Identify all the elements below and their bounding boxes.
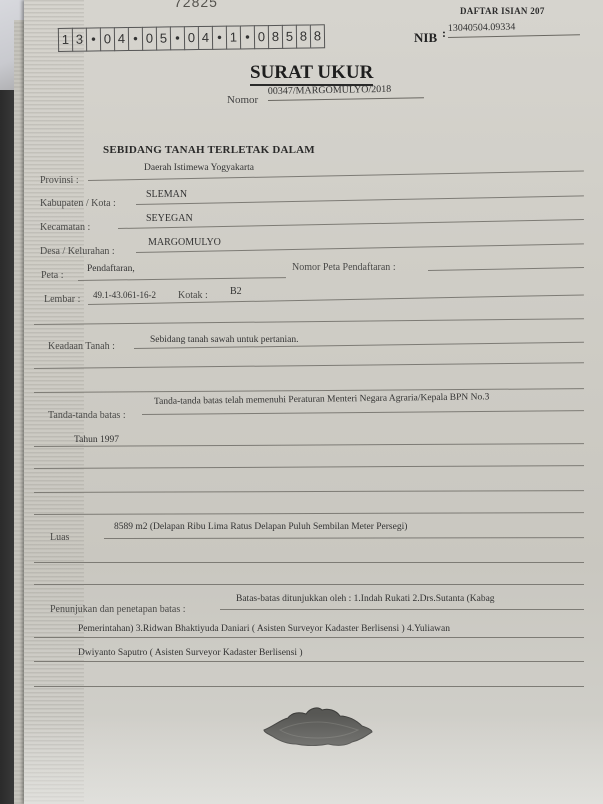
number-box: 5	[282, 25, 296, 49]
number-box: 8	[268, 25, 282, 49]
nomor-peta-label: Nomor Peta Pendaftaran :	[292, 262, 396, 273]
nib-separator: :	[442, 26, 446, 41]
blank-line	[34, 686, 584, 687]
blank-line	[34, 584, 584, 585]
number-box: •	[86, 27, 100, 51]
kecamatan-label: Kecamatan :	[40, 222, 90, 233]
number-box: 8	[296, 24, 310, 48]
number-box: 0	[254, 25, 268, 49]
kabupaten-label: Kabupaten / Kota :	[40, 198, 116, 209]
penunjukan-label: Penunjukan dan penetapan batas :	[50, 604, 186, 615]
number-box: •	[212, 26, 226, 50]
blank-line	[34, 490, 584, 493]
blank-line	[34, 362, 584, 369]
desa-value: MARGOMULYO	[148, 237, 221, 248]
nib-value: 13040504.09334	[448, 20, 580, 38]
nomor-value: 00347/MARGOMULYO/2018	[268, 83, 424, 101]
keadaan-tanah-value: Sebidang tanah sawah untuk pertanian.	[150, 335, 299, 345]
number-box: 4	[198, 26, 212, 50]
desa-label: Desa / Kelurahan :	[40, 246, 115, 257]
blank-line	[34, 661, 584, 662]
number-box: •	[240, 25, 254, 49]
blank-line	[34, 388, 584, 393]
blank-line	[34, 637, 584, 638]
penunjukan-line-2: Pemerintahan) 3.Ridwan Bhaktiyuda Daniar…	[78, 624, 450, 634]
number-box: 5	[156, 26, 170, 50]
number-box: 0	[100, 27, 114, 51]
tanda-batas-underline	[142, 410, 584, 415]
number-box: 0	[142, 27, 156, 51]
kecamatan-value: SEYEGAN	[146, 213, 193, 224]
survey-document-page: 72825 DAFTAR ISIAN 207 13•04•05•04•1•085…	[24, 0, 603, 804]
tanda-batas-line-2: Tahun 1997	[74, 435, 119, 445]
nomor-peta-underline	[428, 267, 584, 271]
parcel-number-boxes: 13•04•05•04•1•08588	[58, 24, 325, 52]
number-box: 0	[184, 26, 198, 50]
kotak-label: Kotak :	[178, 290, 208, 301]
luas-label: Luas	[50, 532, 69, 543]
luas-value: 8589 m2 (Delapan Ribu Lima Ratus Delapan…	[114, 522, 407, 532]
lembar-label: Lembar :	[44, 294, 80, 305]
penunjukan-line-3: Dwiyanto Saputro ( Asisten Surveyor Kada…	[78, 648, 303, 658]
number-box: 1	[226, 25, 240, 49]
number-box: •	[170, 26, 184, 50]
number-box: 1	[58, 28, 72, 52]
nomor-label: Nomor	[227, 94, 258, 106]
lembar-value: 49.1-43.061-16-2	[93, 290, 156, 300]
keadaan-tanah-label: Keadaan Tanah :	[48, 341, 115, 352]
blank-line	[34, 512, 584, 515]
provinsi-value: Daerah Istimewa Yogyakarta	[144, 163, 254, 173]
tanda-batas-label: Tanda-tanda batas :	[48, 410, 126, 421]
number-box: 4	[114, 27, 128, 51]
penunjukan-line-1: Batas-batas ditunjukkan oleh : 1.Indah R…	[236, 594, 495, 604]
blank-line	[34, 562, 584, 563]
blank-line	[34, 465, 584, 469]
number-box: 8	[310, 24, 325, 48]
number-box: •	[128, 27, 142, 51]
kabupaten-underline	[136, 195, 584, 205]
blank-line	[34, 318, 584, 325]
peta-label: Peta :	[41, 270, 64, 281]
page-title: SURAT UKUR	[250, 62, 373, 86]
peta-underline	[78, 277, 286, 281]
provinsi-label: Provinsi :	[40, 175, 79, 186]
ornamental-emblem-icon	[262, 706, 374, 746]
lembar-underline	[88, 294, 584, 305]
form-code: DAFTAR ISIAN 207	[460, 6, 545, 16]
location-heading: SEBIDANG TANAH TERLETAK DALAM	[103, 144, 315, 156]
tanda-batas-line-1: Tanda-tanda batas telah memenuhi Peratur…	[154, 392, 490, 407]
kabupaten-value: SLEMAN	[146, 189, 187, 200]
number-box: 3	[72, 28, 86, 52]
penunjukan-underline	[220, 609, 584, 610]
nib-label: NIB	[414, 30, 437, 46]
peta-value: Pendaftaran,	[87, 264, 135, 274]
luas-underline	[104, 537, 584, 539]
partial-serial-number: 72825	[174, 0, 218, 10]
kotak-value: B2	[230, 286, 242, 297]
